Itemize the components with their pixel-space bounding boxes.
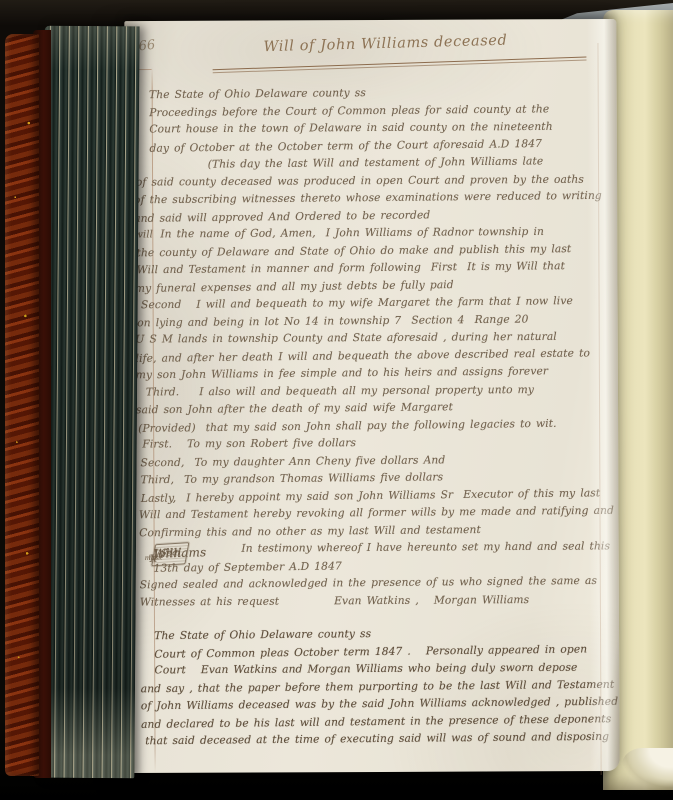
manuscript-lines: The State of Ohio Delaware county ssProc… (149, 82, 611, 750)
manuscript-line: (Provided) that my said son John shall p… (138, 414, 608, 437)
manuscript-line: the county of Delaware and State of Ohio… (136, 239, 606, 261)
manuscript-line: Court house in the town of Delaware in s… (149, 118, 605, 138)
manuscript-page: 366 Will of John Williams deceased The S… (124, 19, 619, 773)
signature-row: 13th day of September A.D 1847 John his … (153, 554, 609, 577)
mark-label-bottom: mark (145, 554, 163, 561)
signer-last-name: Williams (153, 544, 206, 563)
title-underline (213, 57, 587, 74)
signer-first-name: John (153, 545, 181, 563)
manuscript-line: Third. I also will and bequeath all my p… (146, 380, 608, 400)
book-cover-marbled (5, 34, 39, 776)
manuscript-line: of John Williams deceased was by the sai… (141, 693, 611, 715)
manuscript-line: Second I will and bequeath to my wife Ma… (141, 292, 607, 314)
manuscript-line: my son John Williams in fee simple and t… (136, 362, 608, 384)
manuscript-line: Third, To my grandson Thomas Williams fi… (141, 467, 609, 489)
manuscript-line: and declared to be his last will and tes… (141, 710, 611, 733)
manuscript-line: said son John after the death of my said… (136, 397, 608, 419)
manuscript-line: Will and Testament in manner and form fo… (137, 257, 607, 279)
manuscript-line: In testimony whereof I have hereunto set… (241, 537, 609, 557)
page-edges-stack (39, 26, 139, 779)
manuscript-line: Lastly, I hereby appoint my said son Joh… (141, 484, 609, 507)
page-corner-curl (622, 748, 673, 790)
manuscript-line: The State of Ohio Delaware county ss (154, 623, 610, 645)
manuscript-line: Will and Testament hereby revoking all f… (139, 502, 609, 524)
manuscript-line: Witnesses at his request Evan Watkins , … (140, 590, 610, 611)
margin-rule-right (597, 43, 601, 775)
seal-badge: Seal (151, 542, 189, 566)
manuscript-line: Proceedings before the Court of Common p… (149, 99, 605, 121)
manuscript-line: Court Evan Watkins and Morgan Williams w… (154, 658, 610, 678)
manuscript-line: day of October at the October term of th… (149, 134, 605, 157)
manuscript-line: of the subscribing witnesses thereto who… (134, 187, 606, 209)
manuscript-line: life, and after her death I will and beq… (135, 344, 607, 367)
manuscript-line: and said will approved And Ordered to be… (134, 204, 606, 227)
mark-x: X (150, 554, 158, 564)
margin-rule-vertical (152, 67, 156, 773)
signature-date: 13th day of September A.D 1847 (153, 557, 342, 577)
manuscript-line: my funeral expenses and all my just debt… (135, 274, 607, 297)
manuscript-line: Signed sealed and acknowledged in the pr… (140, 572, 610, 594)
manuscript-line: Second, To my daughter Ann Cheny five do… (140, 449, 608, 471)
page-title: Will of John Williams deceased (220, 31, 550, 56)
manuscript-line: Court of Common pleas October term 1847 … (154, 640, 610, 663)
manuscript-line: Confirming this and no other as my last … (139, 519, 609, 541)
manuscript-line: The State of Ohio Delaware county ss (149, 82, 605, 104)
manuscript-line: that said deceased at the time of execut… (145, 728, 611, 750)
manuscript-line: on lying and being in lot No 14 in towns… (137, 309, 607, 331)
manuscript-line: (This day the last Will and testament of… (208, 152, 606, 173)
manuscript-line: First. To my son Robert five dollars (142, 433, 608, 454)
manuscript-line: U S M lands in township County and State… (135, 328, 607, 349)
manuscript-line: and say , that the paper before them pur… (141, 675, 611, 697)
mark-label-top: his (148, 554, 158, 561)
manuscript-line: In the name of God, Amen, I John William… (160, 222, 606, 242)
manuscript-line: of said county deceased was produced in … (136, 170, 606, 191)
photo-background: 366 Will of John Williams deceased The S… (0, 0, 673, 800)
